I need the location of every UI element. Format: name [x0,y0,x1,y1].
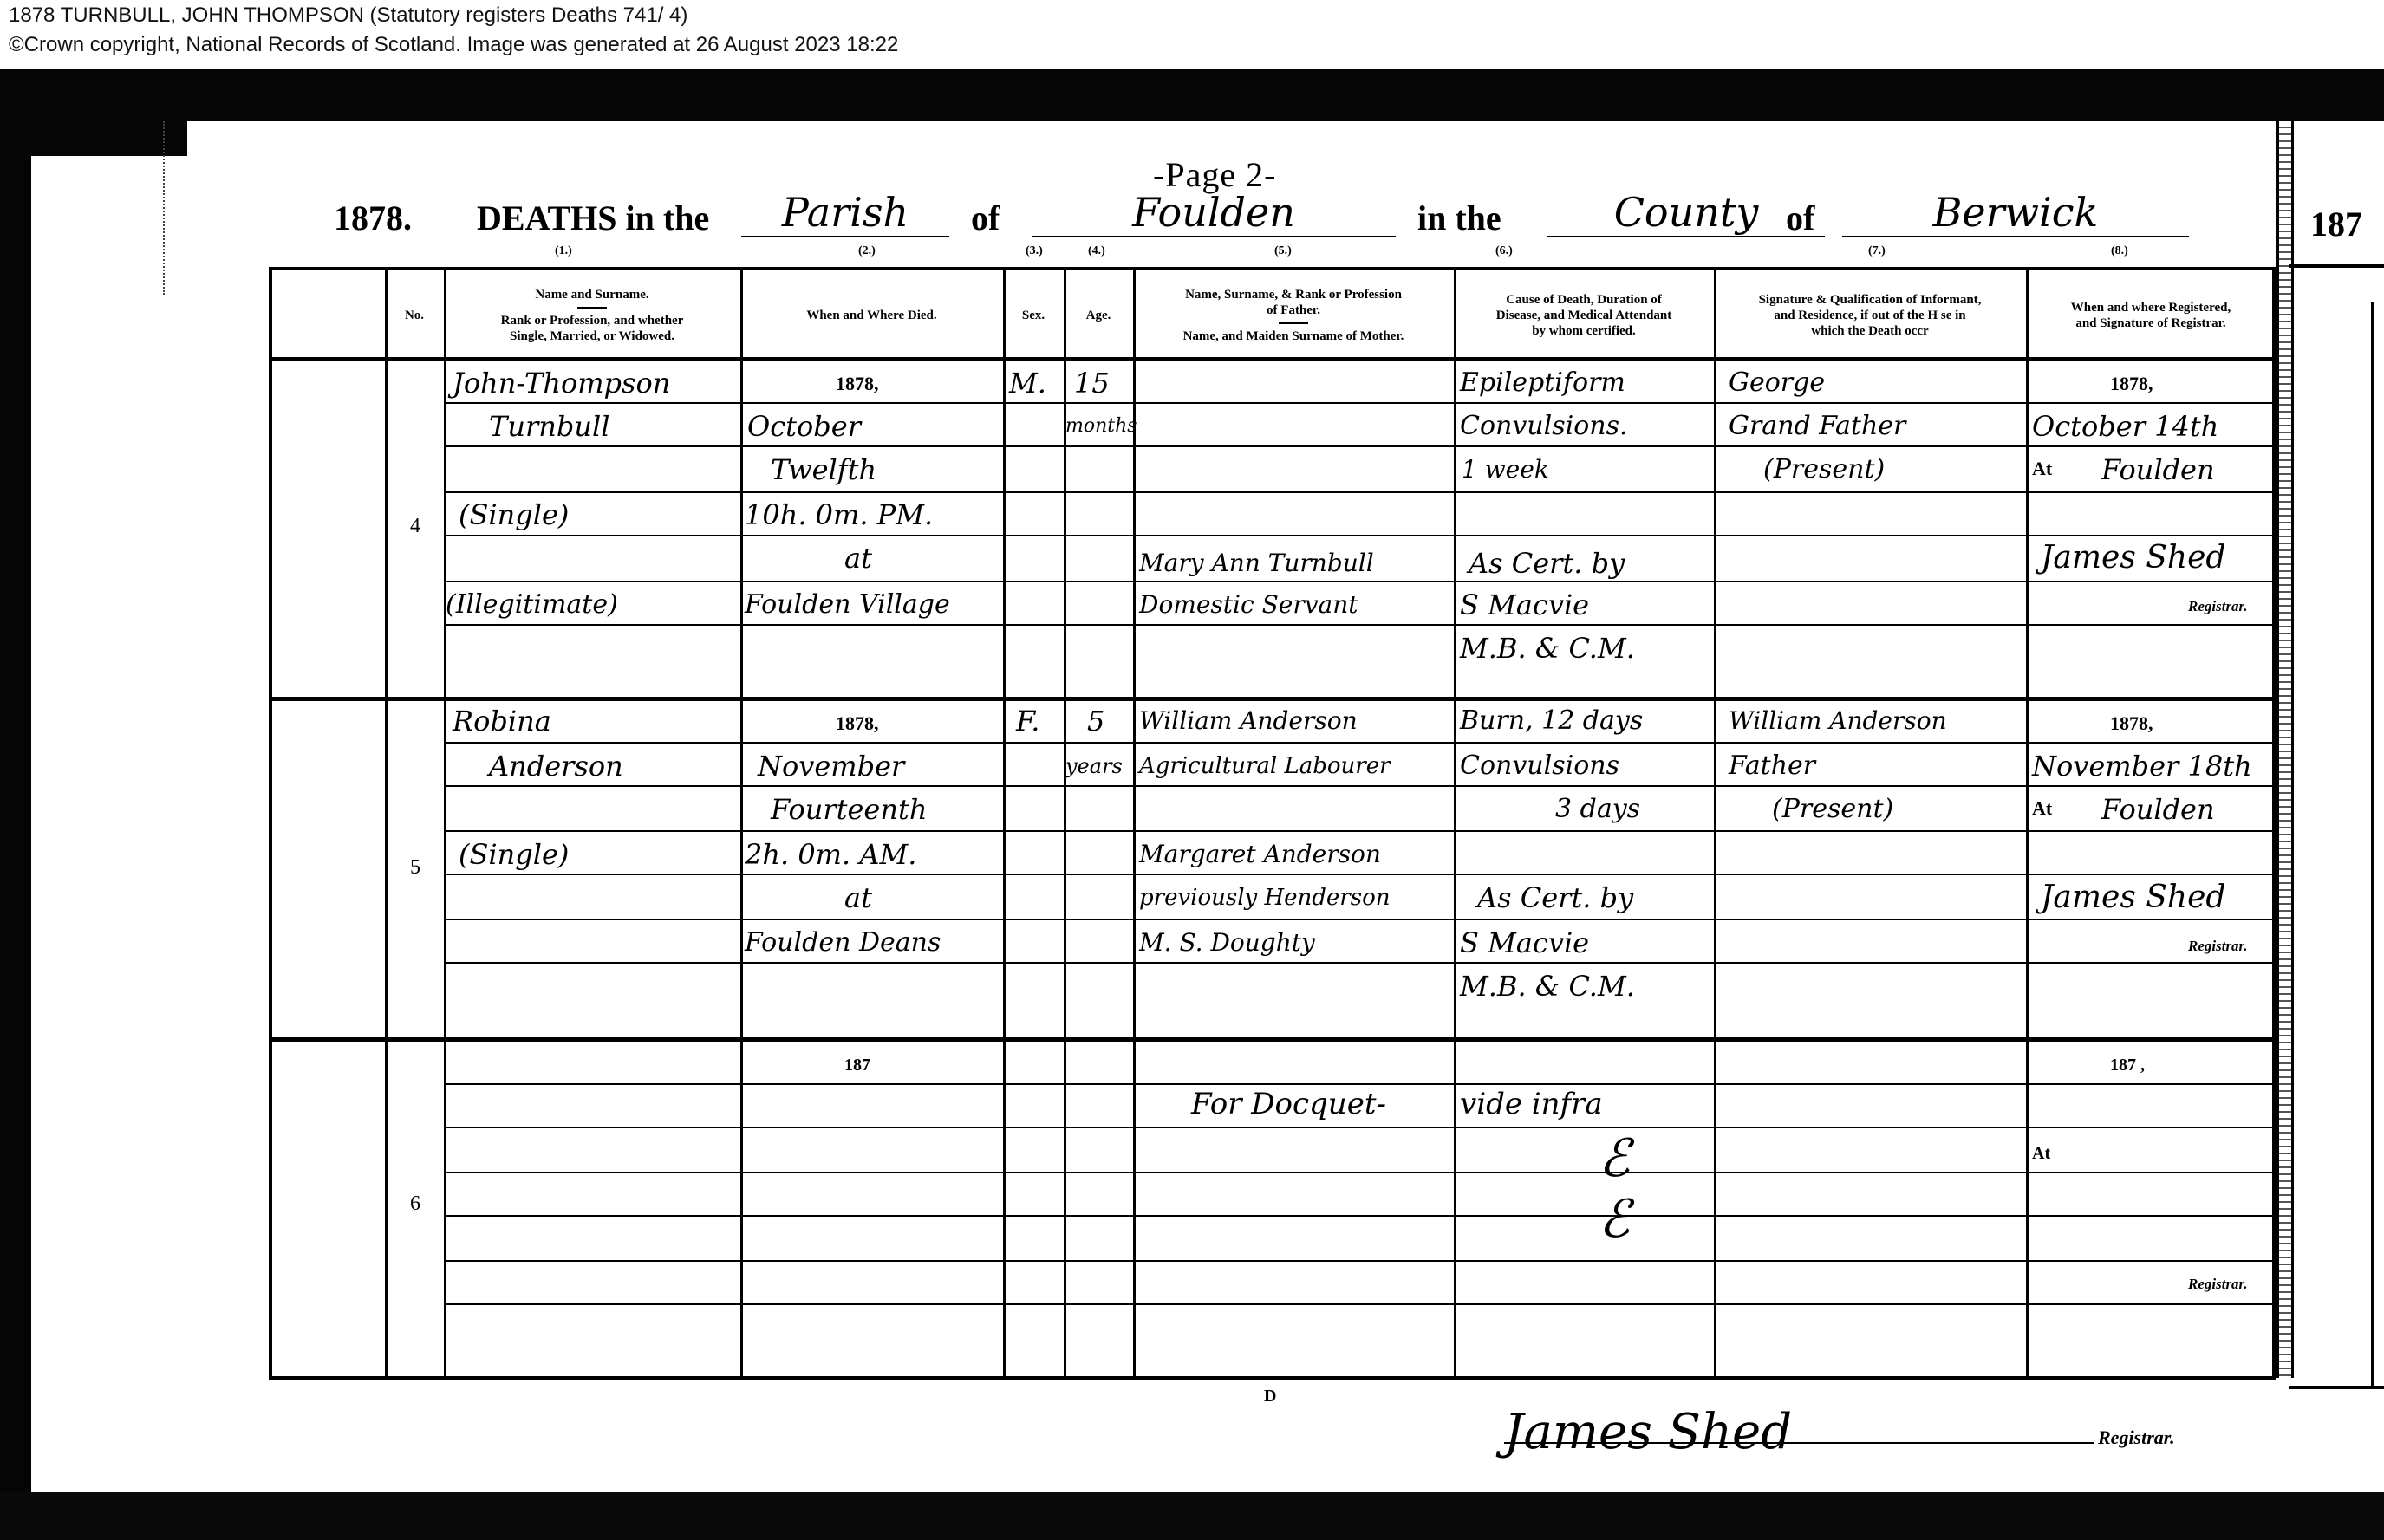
father-occupation: Agricultural Labourer [1139,749,1391,783]
column-number-2: (2.) [858,244,876,258]
registration-at-label: At [2032,458,2052,480]
medical-attendant: S Macvie [1460,926,1589,960]
sex: M. [1009,366,1046,400]
medical-attendant: S Macvie [1460,588,1589,622]
death-year: 1878, [836,373,879,395]
register-title: 1878. DEATHS in the Parish of Foulden in… [334,198,2276,250]
registration-place: Foulden [2101,792,2215,827]
ruled-line [444,962,2272,964]
header-cause-line2: Disease, and Medical Attendant [1496,308,1672,323]
header-informant-line1: Signature & Qualification of Informant, [1759,292,1982,308]
ruled-line [444,402,2272,404]
cause-of-death-2: Convulsions [1460,749,1619,783]
informant-name: William Anderson [1729,704,1947,738]
mother-name: Margaret Anderson [1139,837,1381,872]
ruled-line [444,1260,2272,1262]
mother-maiden-name: previously Henderson [1139,880,1390,915]
header-when-where-label: When and Where Died. [806,308,936,323]
header-age-label: Age. [1086,308,1111,323]
registrar-label: Registrar. [2188,938,2248,955]
registrar-signature: James Shed [2041,880,2225,915]
column-number-5: (5.) [1274,244,1292,258]
certified-by-label: As Cert. by [1477,880,1633,915]
header-parents: Name, Surname, & Rank or Profession of F… [1133,276,1454,355]
title-year: 1878. [334,198,412,238]
informant-presence: (Present) [1763,452,1885,487]
cause-of-death-2: Convulsions. [1460,409,1628,444]
death-at: at [844,880,872,915]
header-father-line1: Name, Surname, & Rank or Profession [1185,287,1402,302]
header-separator [272,357,2272,361]
age-value: 5 [1087,704,1104,738]
header-registered-line2: and Signature of Registrar. [2075,315,2225,331]
death-place: Foulden Deans [745,926,941,960]
deceased-given-names: John-Thompson [453,366,670,400]
header-name-line1: Name and Surname. [535,287,648,302]
initials-flourish: ℰ [1599,1128,1630,1189]
registration-date: October 14th [2032,409,2218,444]
informant-name: George [1729,366,1825,400]
page-edge [163,121,172,295]
mother-note: M. S. Doughty [1139,926,1315,960]
header-informant: Signature & Qualification of Informant, … [1714,276,2026,355]
sex: F. [1016,704,1039,738]
registration-year-blank: 187 , [2110,1056,2145,1075]
age-unit: months [1065,409,1137,444]
header-mother-line: Name, and Maiden Surname of Mother. [1183,328,1404,344]
ruled-line [444,874,2272,875]
column-divider [2026,270,2029,1376]
title-deaths: DEATHS in the [477,198,709,238]
header-sex: Sex. [1003,276,1064,355]
deceased-surname: Turnbull [489,409,609,444]
ruled-line [444,624,2272,626]
registrar-signature: James Shed [2041,541,2225,575]
death-month: November [758,749,904,783]
title-district-name: Foulden [1032,189,1396,237]
column-number-4: (4.) [1088,244,1105,258]
header-name: Name and Surname. Rank or Profession, an… [444,276,740,355]
duration: 1 week [1462,452,1549,487]
informant-presence: (Present) [1772,792,1893,827]
ruled-line [444,535,2272,536]
informant-relation: Father [1729,749,1815,783]
deceased-given-names: Robina [453,704,551,738]
registration-date: November 18th [2032,749,2252,783]
registrar-label: Registrar. [2188,1276,2248,1293]
column-number-3: (3.) [1026,244,1043,258]
father-name: William Anderson [1139,704,1358,738]
death-month: October [747,409,861,444]
ruled-line [444,830,2272,832]
cause-of-death: Burn, 12 days [1460,704,1643,738]
entry-separator [272,697,2272,701]
title-county-name: Berwick [1842,189,2189,237]
record-title: 1878 TURNBULL, JOHN THOMPSON (Statutory … [9,3,687,28]
column-number-8: (8.) [2111,244,2128,258]
ruled-line [444,1127,2272,1128]
header-name-line2: Rank or Profession, and whether [501,313,684,328]
header-cause-line3: by whom certified. [1532,323,1636,339]
ruled-line [444,581,2272,582]
title-in-the: in the [1417,198,1501,238]
entry-number: 6 [324,1192,506,1216]
ruled-line [444,1083,2272,1085]
next-page-year: 187 [2310,204,2362,244]
title-county-type: County [1547,189,1825,237]
header-dash [1279,322,1308,324]
ruled-line [444,445,2272,447]
header-cause-line1: Cause of Death, Duration of [1506,292,1662,308]
death-year-blank: 187 [844,1056,870,1075]
ruled-line [444,1303,2272,1305]
death-year: 1878, [836,712,879,735]
header-father-line2: of Father. [1267,302,1320,318]
registration-year: 1878, [2110,373,2153,395]
header-dash [577,307,607,309]
column-number-7: (7.) [1868,244,1886,258]
scan-border-bottom [0,1492,2384,1540]
registration-place: Foulden [2101,452,2215,487]
header-registered: When and where Registered, and Signature… [2026,276,2276,355]
ruled-line [444,919,2272,920]
registration-at-label: At [2032,797,2052,820]
header-no: No. [385,276,444,355]
ruled-line [444,1172,2272,1173]
death-day: Twelfth [771,452,876,487]
next-page-table-edge [2289,264,2384,1389]
header-sex-label: Sex. [1022,308,1045,323]
duration: 3 days [1555,792,1640,827]
header-when-where: When and Where Died. [740,276,1003,355]
mother-name: Mary Ann Turnbull [1139,546,1374,581]
column-divider [740,270,743,1376]
footer-registrar-label: Registrar. [2098,1426,2175,1449]
medical-qualification: M.B. & C.M. [1460,631,1635,666]
certified-by-label: As Cert. by [1469,546,1625,581]
header-cause: Cause of Death, Duration of Disease, and… [1454,276,1714,355]
mother-occupation: Domestic Servant [1139,588,1358,622]
header-informant-line3: which the Death occr [1811,323,1928,339]
ruled-line [444,785,2272,787]
age-value: 15 [1074,366,1110,400]
header-age: Age. [1064,276,1133,355]
death-time: 2h. 0m. AM. [745,837,916,872]
header-no-label: No. [405,308,424,323]
age-unit: years [1065,749,1123,783]
header-informant-line2: and Residence, if out of the H se in [1774,308,1965,323]
ruled-line [444,742,2272,744]
medical-qualification: M.B. & C.M. [1460,969,1635,1004]
cause-of-death: Epileptiform [1460,366,1625,400]
deceased-surname: Anderson [489,749,623,783]
column-divider [1003,270,1006,1376]
registration-year: 1878, [2110,712,2153,735]
deceased-status: (Single) [459,497,569,532]
ruled-line [444,1215,2272,1217]
entry-separator [272,1037,2272,1042]
title-district-type: Parish [741,189,949,237]
column-number-1: (1.) [555,244,572,258]
scan-border-top [0,69,2384,121]
death-place: Foulden Village [745,588,950,622]
deceased-legitimacy: (Illegitimate) [446,588,618,622]
page-mark: D [1264,1387,1276,1407]
title-of-1: of [971,198,1000,238]
signature-line [1504,1442,2094,1444]
death-at: at [844,541,872,575]
header-name-line3: Single, Married, or Widowed. [510,328,674,344]
registrar-label: Registrar. [2188,598,2248,615]
column-divider [1714,270,1716,1376]
footer-registrar-signature: James Shed [1504,1404,1792,1460]
vide-infra-note: vide infra [1460,1087,1603,1121]
header-registered-line1: When and where Registered, [2071,300,2231,315]
death-time: 10h. 0m. PM. [745,497,933,532]
column-divider [1454,270,1456,1376]
title-of-2: of [1786,198,1814,238]
death-day: Fourteenth [771,792,927,827]
docquet-note: For Docquet- [1191,1087,1386,1121]
deceased-status: (Single) [459,837,569,872]
informant-relation: Grand Father [1729,409,1905,444]
deaths-register-table: No. Name and Surname. Rank or Profession… [269,267,2276,1380]
ruled-line [444,491,2272,493]
registration-at-label: At [2032,1144,2050,1164]
initials-flourish: ℰ [1599,1189,1630,1250]
scan-border-left [0,69,31,1540]
copyright-notice: ©Crown copyright, National Records of Sc… [9,33,898,57]
column-number-6: (6.) [1495,244,1513,258]
